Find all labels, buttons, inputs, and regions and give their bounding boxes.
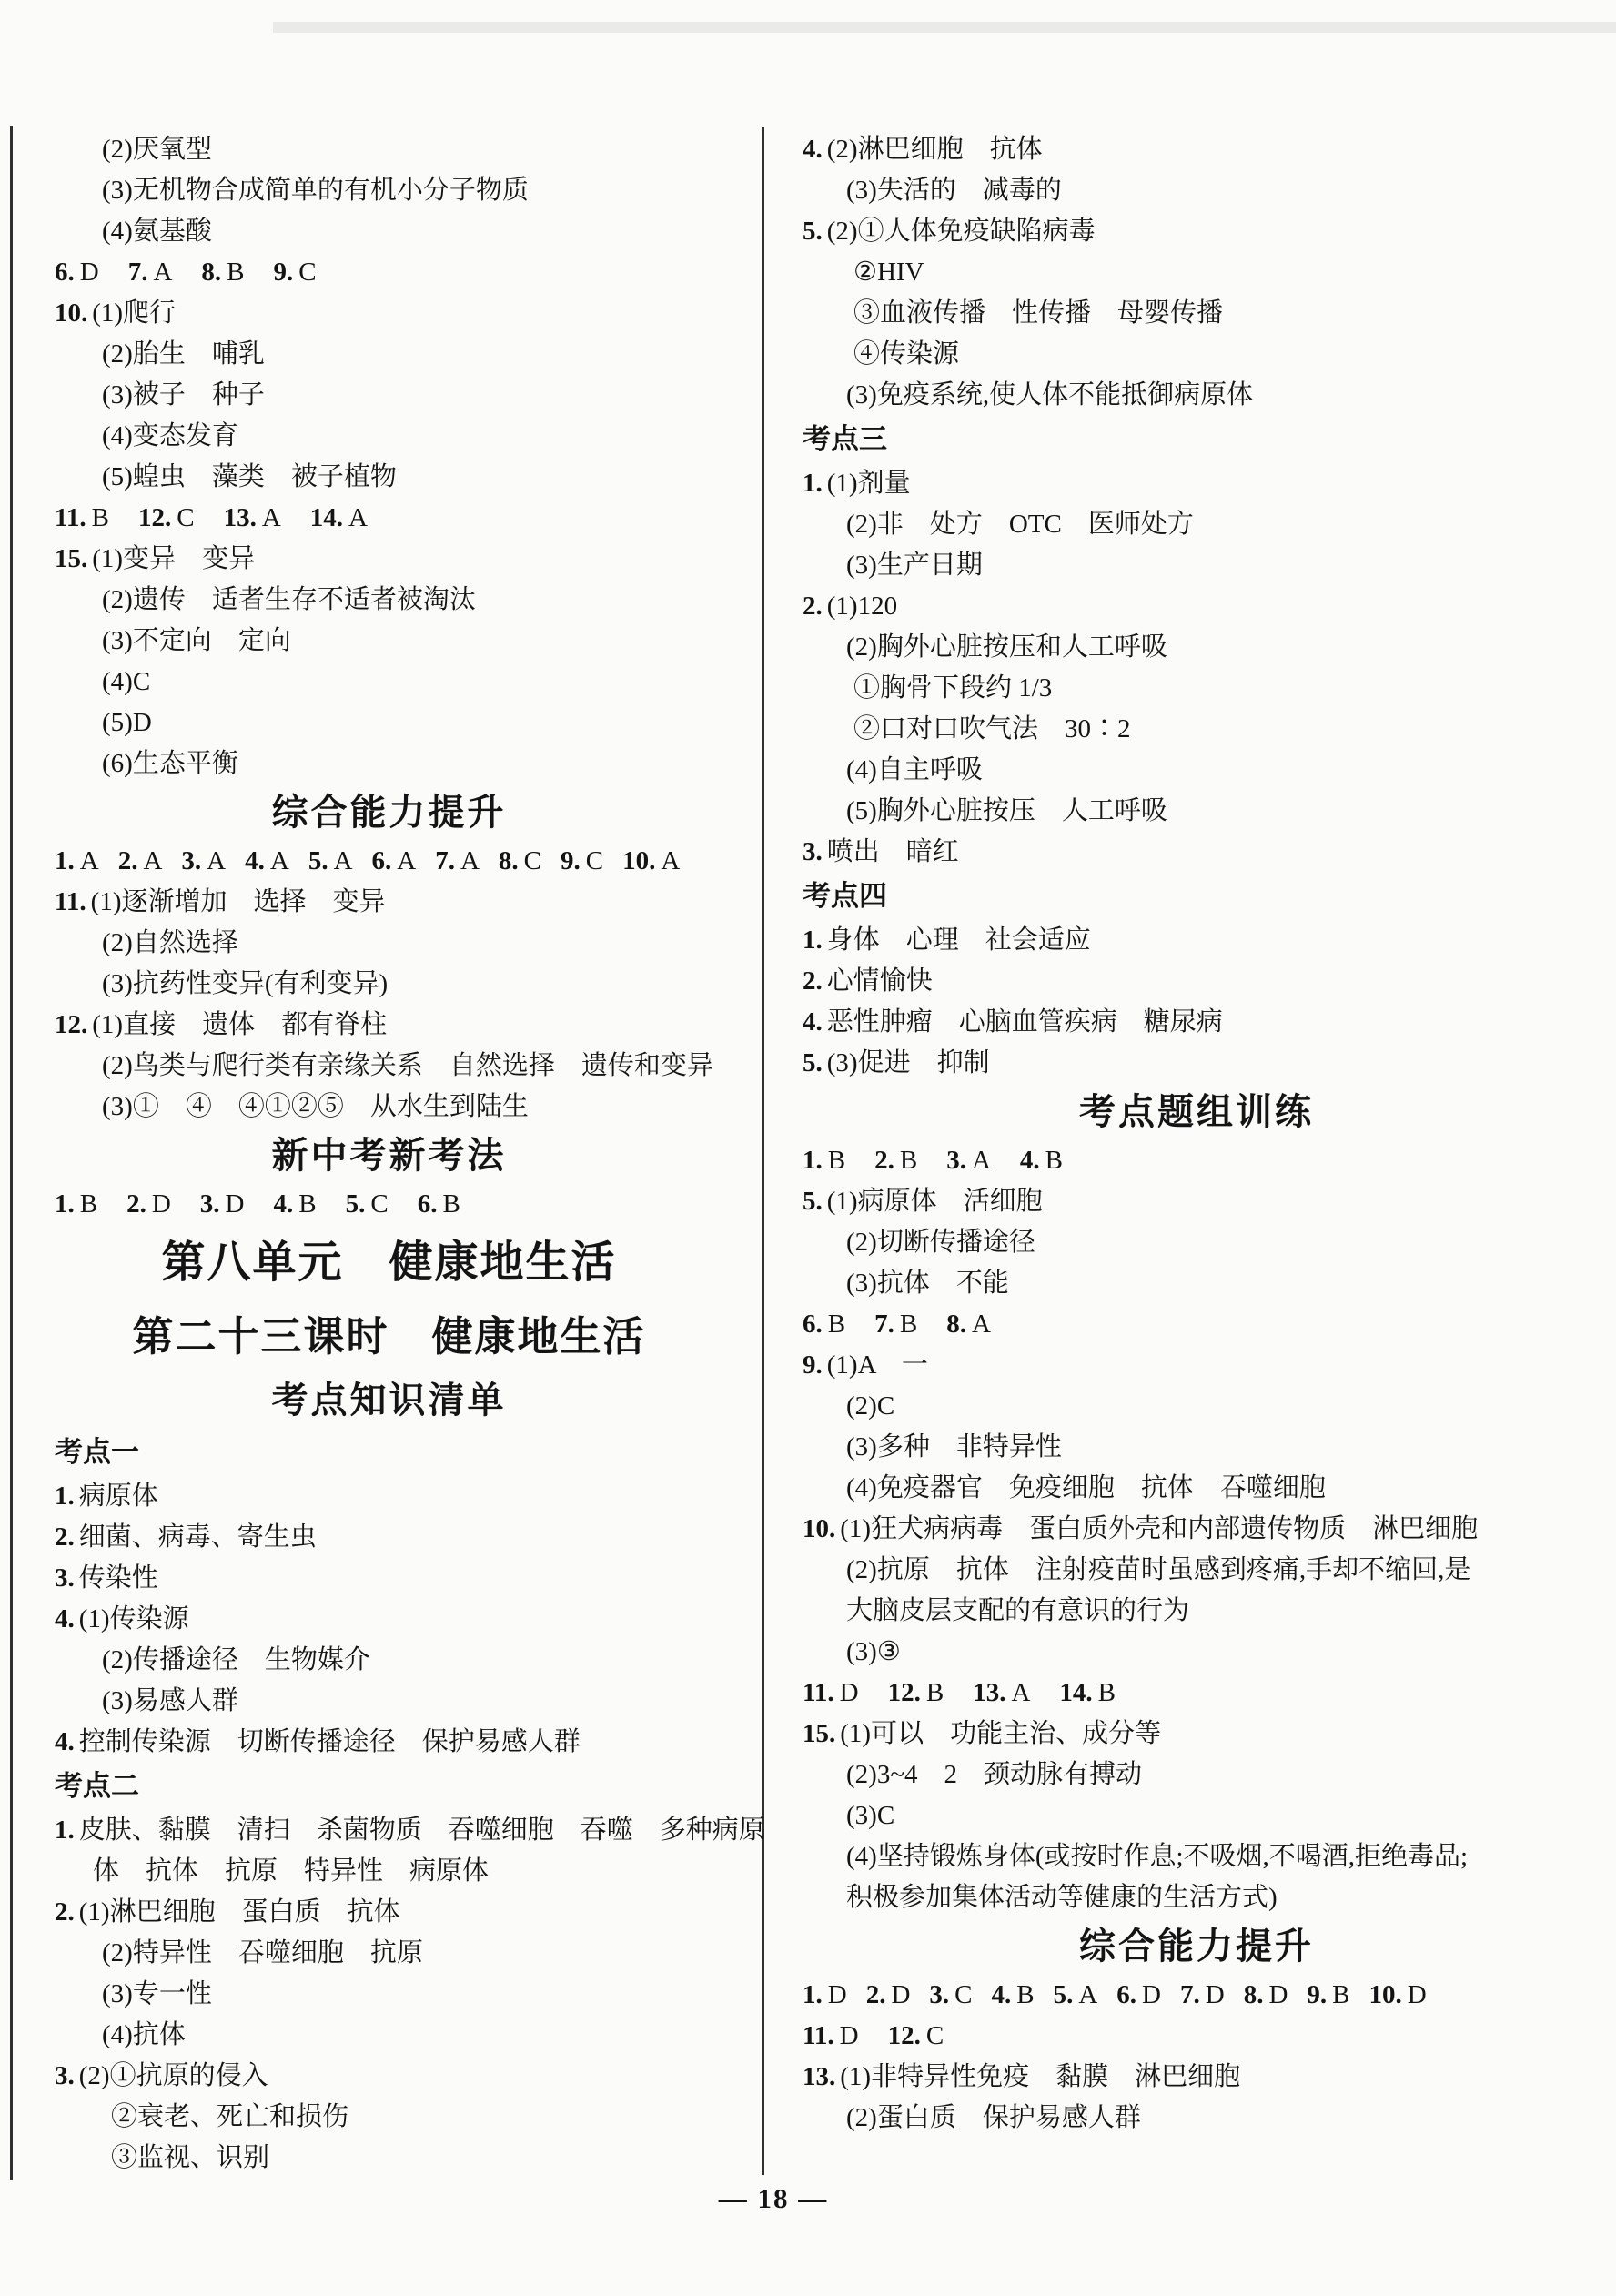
question-number: 9. — [274, 258, 294, 287]
item-text: (1)爬行 — [92, 298, 176, 328]
question-number: 2. — [874, 1146, 894, 1175]
item-number: 1. — [55, 1816, 75, 1845]
answer-line: 9.(1)A 一 — [793, 1345, 1600, 1386]
section-heading: 考点知识清单 — [27, 1372, 751, 1429]
answer-letter: D — [840, 2021, 859, 2050]
answer-line: 4.(2)淋巴细胞 抗体 — [793, 129, 1600, 170]
answer-pair: 6.B — [803, 1304, 845, 1345]
answer-letter: B — [80, 1189, 97, 1219]
item-number: 2. — [803, 592, 823, 621]
answer-letter: B — [227, 258, 244, 287]
answer-subline: (3)易感人群 — [27, 1681, 751, 1722]
answer-letter: A — [262, 503, 281, 532]
item-number: 3. — [55, 2061, 75, 2090]
question-number: 12. — [888, 2021, 921, 2050]
answer-letter: B — [1016, 1980, 1034, 2009]
answer-pair: 3.C — [929, 1975, 972, 2016]
answer-subline: (3)失活的 减毒的 — [793, 170, 1600, 211]
answer-subline: (4)自主呼吸 — [793, 750, 1600, 791]
item-text: 细菌、病毒、寄生虫 — [79, 1522, 317, 1552]
answer-subline: (4)变态发育 — [27, 416, 751, 457]
scan-artifact-band — [273, 22, 1616, 33]
question-number: 7. — [874, 1310, 894, 1339]
item-text: (3)促进 抑制 — [827, 1048, 990, 1077]
question-number: 3. — [946, 1146, 966, 1175]
answer-continuation-line: 大脑皮层支配的有意识的行为 — [793, 1591, 1600, 1632]
answer-subline: (2)胸外心脏按压和人工呼吸 — [793, 627, 1600, 668]
answer-subline: (3)③ — [793, 1632, 1600, 1673]
right-column: 4.(2)淋巴细胞 抗体(3)失活的 减毒的5.(2)①人体免疫缺陷病毒②HIV… — [793, 129, 1600, 2139]
answer-line: 1.(1)剂量 — [793, 463, 1600, 504]
answer-letter: C — [524, 846, 541, 875]
answer-letter: A — [80, 846, 99, 875]
answer-letter: B — [1045, 1146, 1063, 1175]
answer-subline: (4)氨基酸 — [27, 211, 751, 252]
answer-subline-circled: ②衰老、死亡和损伤 — [27, 2097, 751, 2138]
answer-subline: (6)生态平衡 — [27, 743, 751, 784]
answer-choice-row: 1.D2.D3.C4.B5.A6.D7.D8.D9.B10.D — [793, 1975, 1600, 2016]
lesson-heading: 第二十三课时 健康地生活 — [27, 1301, 751, 1372]
question-number: 7. — [1180, 1980, 1200, 2009]
question-number: 4. — [1020, 1146, 1040, 1175]
answer-letter: D — [1408, 1980, 1427, 2009]
answer-letter: A — [661, 846, 680, 875]
item-number: 4. — [803, 135, 823, 164]
answer-letter: B — [828, 1146, 845, 1175]
answer-pair: 1.A — [55, 841, 99, 882]
question-number: 1. — [55, 846, 75, 875]
answer-pair: 8.D — [1244, 1975, 1288, 2016]
question-number: 7. — [128, 258, 148, 287]
answer-pair: 5.A — [1054, 1975, 1098, 2016]
answer-continuation-line: 积极参加集体活动等健康的生活方式) — [793, 1877, 1600, 1918]
answer-pair: 9.B — [1307, 1975, 1349, 2016]
answer-pair: 8.A — [946, 1304, 991, 1345]
question-number: 5. — [308, 846, 328, 875]
question-number: 6. — [1116, 1980, 1136, 2009]
answer-letter: A — [972, 1310, 991, 1339]
answer-subline: (4)坚持锻炼身体(或按时作息;不吸烟,不喝酒,拒绝毒品; — [793, 1836, 1600, 1877]
answer-pair: 2.A — [118, 841, 163, 882]
item-text: (1)剂量 — [827, 469, 911, 498]
answer-subline: (3)免疫系统,使人体不能抵御病原体 — [793, 375, 1600, 416]
answer-letter: B — [1332, 1980, 1349, 2009]
question-number: 13. — [224, 503, 257, 532]
question-number: 14. — [1059, 1678, 1092, 1707]
answer-pair: 4.B — [1020, 1140, 1063, 1181]
answer-subline: (2)鸟类与爬行类有亲缘关系 自然选择 遗传和变异 — [27, 1046, 751, 1087]
item-number: 11. — [55, 887, 86, 916]
item-number: 2. — [55, 1897, 75, 1927]
answer-letter: B — [926, 1678, 944, 1707]
section-heading: 新中考新考法 — [27, 1128, 751, 1184]
section-heading: 考点题组训练 — [793, 1084, 1600, 1140]
answer-subline: (3)专一性 — [27, 1974, 751, 2015]
answer-letter: A — [972, 1146, 991, 1175]
item-number: 4. — [55, 1727, 75, 1756]
answer-line: 1.皮肤、黏膜 清扫 杀菌物质 吞噬细胞 吞噬 多种病原 — [27, 1810, 751, 1851]
answer-subline-circled: ④传染源 — [793, 334, 1600, 375]
answer-line: 2.细菌、病毒、寄生虫 — [27, 1517, 751, 1558]
answer-pair: 8.C — [499, 841, 541, 882]
question-number: 1. — [55, 1189, 75, 1219]
answer-line: 15.(1)变异 变异 — [27, 539, 751, 580]
kaodian-subhead: 考点三 — [793, 416, 1600, 463]
answer-choice-row: 1.B2.D3.D4.B5.C6.B — [27, 1184, 751, 1225]
answer-pair: 6.D — [55, 252, 99, 293]
item-number: 15. — [55, 544, 87, 573]
item-text: 传染性 — [79, 1563, 158, 1593]
kaodian-subhead: 考点二 — [27, 1763, 751, 1810]
answer-letter: A — [270, 846, 289, 875]
answer-letter: D — [1268, 1980, 1288, 2009]
answer-subline: (2)非 处方 OTC 医师处方 — [793, 504, 1600, 545]
answer-line: 15.(1)可以 功能主治、成分等 — [793, 1714, 1600, 1755]
answer-letter: C — [954, 1980, 972, 2009]
item-number: 2. — [55, 1522, 75, 1552]
section-heading: 综合能力提升 — [27, 784, 751, 841]
answer-letter: B — [1098, 1678, 1116, 1707]
answer-line: 4.恶性肿瘤 心脑血管疾病 糖尿病 — [793, 1002, 1600, 1043]
answer-pair: 12.B — [888, 1673, 944, 1714]
answer-line: 10.(1)狂犬病病毒 蛋白质外壳和内部遗传物质 淋巴细胞 — [793, 1509, 1600, 1550]
answer-subline-circled: ①胸骨下段约 1/3 — [793, 668, 1600, 709]
question-number: 9. — [1307, 1980, 1327, 2009]
answer-pair: 6.A — [372, 841, 417, 882]
question-number: 1. — [803, 1980, 823, 2009]
answer-line: 13.(1)非特异性免疫 黏膜 淋巴细胞 — [793, 2057, 1600, 2098]
question-number: 8. — [1244, 1980, 1264, 2009]
question-number: 6. — [55, 258, 75, 287]
answer-pair: 12.C — [138, 498, 195, 539]
answer-letter: C — [298, 258, 316, 287]
answer-subline: (3)无机物合成简单的有机小分子物质 — [27, 170, 751, 211]
item-text: 心情愉快 — [827, 966, 933, 996]
answer-line: 2.心情愉快 — [793, 961, 1600, 1002]
question-number: 4. — [274, 1189, 294, 1219]
answer-letter: A — [207, 846, 226, 875]
item-text: (1)120 — [827, 592, 897, 621]
answer-letter: A — [1078, 1980, 1097, 2009]
item-number: 5. — [803, 1187, 823, 1216]
answer-line: 3.喷出 暗红 — [793, 832, 1600, 873]
item-text: 病原体 — [79, 1482, 158, 1511]
question-number: 12. — [888, 1678, 921, 1707]
item-number: 4. — [55, 1604, 75, 1633]
answer-pair: 6.D — [1116, 1975, 1161, 2016]
answer-subline: (2)遗传 适者生存不适者被淘汰 — [27, 580, 751, 621]
answer-choice-row: 11.D12.C — [793, 2016, 1600, 2057]
item-text: (1)变异 变异 — [92, 544, 255, 573]
item-text: (1)可以 功能主治、成分等 — [840, 1719, 1161, 1748]
question-number: 12. — [138, 503, 171, 532]
answer-pair: 4.B — [992, 1975, 1035, 2016]
answer-letter: A — [460, 846, 480, 875]
answer-line: 10.(1)爬行 — [27, 293, 751, 334]
answer-line: 11.(1)逐渐增加 选择 变异 — [27, 882, 751, 923]
answer-choice-row: 11.D12.B13.A14.B — [793, 1673, 1600, 1714]
answer-letter: A — [1011, 1678, 1030, 1707]
answer-letter: D — [891, 1980, 910, 2009]
answer-pair: 7.A — [435, 841, 480, 882]
question-number: 10. — [1369, 1980, 1402, 2009]
question-number: 4. — [992, 1980, 1012, 2009]
item-text: 皮肤、黏膜 清扫 杀菌物质 吞噬细胞 吞噬 多种病原 — [79, 1816, 765, 1845]
item-text: (1)逐渐增加 选择 变异 — [91, 887, 386, 916]
answer-letter: D — [840, 1678, 859, 1707]
answer-subline: (5)胸外心脏按压 人工呼吸 — [793, 791, 1600, 832]
unit-heading: 第八单元 健康地生活 — [27, 1225, 751, 1301]
answer-letter: A — [334, 846, 353, 875]
answer-subline: (3)C — [793, 1795, 1600, 1836]
answer-pair: 3.A — [946, 1140, 991, 1181]
answer-pair: 4.A — [245, 841, 289, 882]
answer-subline: (2)特异性 吞噬细胞 抗原 — [27, 1933, 751, 1974]
question-number: 5. — [346, 1189, 366, 1219]
answer-pair: 7.A — [128, 252, 173, 293]
question-number: 7. — [435, 846, 455, 875]
answer-subline: (3)不定向 定向 — [27, 621, 751, 662]
answer-letter: A — [348, 503, 368, 532]
answer-subline: (5)D — [27, 703, 751, 743]
answer-letter: A — [153, 258, 172, 287]
answer-letter: B — [92, 503, 109, 532]
answer-line: 5.(1)病原体 活细胞 — [793, 1181, 1600, 1222]
answer-line: 4.控制传染源 切断传播途径 保护易感人群 — [27, 1722, 751, 1763]
item-number: 3. — [55, 1563, 75, 1593]
answer-subline: (2)厌氧型 — [27, 129, 751, 170]
question-number: 2. — [126, 1189, 146, 1219]
question-number: 3. — [181, 846, 201, 875]
answer-pair: 12.C — [888, 2016, 944, 2057]
item-number: 1. — [803, 469, 823, 498]
answer-subline: (3)抗体 不能 — [793, 1263, 1600, 1304]
question-number: 5. — [1054, 1980, 1074, 2009]
answer-pair: 14.A — [310, 498, 368, 539]
item-number: 12. — [55, 1010, 87, 1039]
answer-line: 1.病原体 — [27, 1476, 751, 1517]
answer-subline: (3)抗药性变异(有利变异) — [27, 964, 751, 1005]
answer-continuation-line: 体 抗体 抗原 特异性 病原体 — [27, 1851, 751, 1892]
answer-line: 12.(1)直接 遗体 都有脊柱 — [27, 1005, 751, 1046]
question-number: 11. — [803, 1678, 834, 1707]
answer-subline-circled: ③血液传播 性传播 母婴传播 — [793, 293, 1600, 334]
answer-subline: (2)3~4 2 颈动脉有搏动 — [793, 1755, 1600, 1795]
answer-choice-row: 11.B12.C13.A14.A — [27, 498, 751, 539]
item-number: 5. — [803, 1048, 823, 1077]
answer-subline: (3)多种 非特异性 — [793, 1427, 1600, 1468]
answer-letter: C — [370, 1189, 388, 1219]
kaodian-subhead: 考点一 — [27, 1429, 751, 1476]
answer-line: 2.(1)120 — [793, 586, 1600, 627]
item-number: 3. — [803, 837, 823, 866]
question-number: 8. — [201, 258, 221, 287]
item-number: 9. — [803, 1350, 823, 1380]
item-text: 控制传染源 切断传播途径 保护易感人群 — [79, 1727, 581, 1756]
answer-letter: B — [298, 1189, 316, 1219]
answer-choice-row: 1.A2.A3.A4.A5.A6.A7.A8.C9.C10.A — [27, 841, 751, 882]
answer-subline: (5)蝗虫 藻类 被子植物 — [27, 457, 751, 498]
column-divider-line — [762, 127, 764, 2175]
answer-letter: B — [828, 1310, 845, 1339]
answer-pair: 3.D — [200, 1184, 245, 1225]
question-number: 14. — [310, 503, 343, 532]
question-number: 2. — [866, 1980, 886, 2009]
answer-letter: D — [152, 1189, 171, 1219]
question-number: 6. — [372, 846, 392, 875]
answer-line: 3.(2)①抗原的侵入 — [27, 2056, 751, 2097]
question-number: 8. — [499, 846, 519, 875]
item-number: 1. — [803, 925, 823, 955]
item-number: 5. — [803, 217, 823, 246]
item-number: 13. — [803, 2062, 835, 2091]
answer-pair: 13.A — [224, 498, 281, 539]
answer-letter: C — [926, 2021, 944, 2050]
question-number: 6. — [418, 1189, 438, 1219]
answer-letter: B — [442, 1189, 460, 1219]
answer-letter: D — [1142, 1980, 1161, 2009]
answer-line: 4.(1)传染源 — [27, 1599, 751, 1640]
answer-pair: 7.B — [874, 1304, 917, 1345]
question-number: 13. — [973, 1678, 1005, 1707]
answer-pair: 9.C — [274, 252, 317, 293]
answer-pair: 13.A — [973, 1673, 1030, 1714]
answer-subline-circled: ②HIV — [793, 252, 1600, 293]
answer-line: 3.传染性 — [27, 1558, 751, 1599]
answer-line: 1.身体 心理 社会适应 — [793, 920, 1600, 961]
question-number: 2. — [118, 846, 138, 875]
answer-subline: (2)自然选择 — [27, 923, 751, 964]
item-number: 10. — [803, 1514, 835, 1543]
item-text: (2)淋巴细胞 抗体 — [827, 135, 1043, 164]
answer-pair: 5.A — [308, 841, 353, 882]
answer-pair: 14.B — [1059, 1673, 1116, 1714]
item-text: (2)①人体免疫缺陷病毒 — [827, 217, 1096, 246]
answer-subline: (2)C — [793, 1386, 1600, 1427]
item-text: 身体 心理 社会适应 — [827, 925, 1091, 955]
answer-pair: 2.D — [866, 1975, 911, 2016]
item-text: (1)病原体 活细胞 — [827, 1187, 1043, 1216]
answer-line: 5.(3)促进 抑制 — [793, 1043, 1600, 1084]
left-column: (2)厌氧型(3)无机物合成简单的有机小分子物质(4)氨基酸6.D7.A8.B9… — [27, 129, 751, 2179]
answer-letter: A — [397, 846, 416, 875]
section-heading: 综合能力提升 — [793, 1918, 1600, 1975]
answer-letter: D — [1206, 1980, 1225, 2009]
answer-pair: 7.D — [1180, 1975, 1225, 2016]
answer-pair: 11.B — [55, 498, 109, 539]
item-text: (1)淋巴细胞 蛋白质 抗体 — [79, 1897, 400, 1927]
answer-subline: (4)免疫器官 免疫细胞 抗体 吞噬细胞 — [793, 1468, 1600, 1509]
answer-subline: (2)切断传播途径 — [793, 1222, 1600, 1263]
answer-pair: 1.B — [55, 1184, 97, 1225]
answer-letter: B — [900, 1310, 917, 1339]
answer-choice-row: 6.B7.B8.A — [793, 1304, 1600, 1345]
item-text: (1)非特异性免疫 黏膜 淋巴细胞 — [840, 2062, 1240, 2091]
item-text: 恶性肿瘤 心脑血管疾病 糖尿病 — [827, 1007, 1223, 1037]
answer-pair: 10.A — [622, 841, 680, 882]
answer-subline: (2)胎生 哺乳 — [27, 334, 751, 375]
answer-pair: 11.D — [803, 2016, 859, 2057]
question-number: 11. — [55, 503, 86, 532]
question-number: 11. — [803, 2021, 834, 2050]
page-edge-line — [10, 126, 13, 2180]
answer-choice-row: 6.D7.A8.B9.C — [27, 252, 751, 293]
item-text: 喷出 暗红 — [827, 837, 959, 866]
answer-pair: 11.D — [803, 1673, 859, 1714]
answer-pair: 9.C — [561, 841, 603, 882]
answer-subline: (4)C — [27, 662, 751, 703]
question-number: 6. — [803, 1310, 823, 1339]
answer-letter: B — [900, 1146, 917, 1175]
answer-pair: 1.D — [803, 1975, 847, 2016]
answer-line: 5.(2)①人体免疫缺陷病毒 — [793, 211, 1600, 252]
answer-subline-circled: ②口对口吹气法 30∶2 — [793, 709, 1600, 750]
answer-pair: 3.A — [181, 841, 226, 882]
answer-subline: (2)蛋白质 保护易感人群 — [793, 2098, 1600, 2139]
item-number: 10. — [55, 298, 87, 328]
item-text: (1)直接 遗体 都有脊柱 — [92, 1010, 387, 1039]
answer-letter: C — [586, 846, 603, 875]
answer-pair: 2.B — [874, 1140, 917, 1181]
answer-letter: D — [226, 1189, 245, 1219]
item-text: (1)A 一 — [827, 1350, 928, 1380]
page-number: — 18 — — [0, 2182, 1547, 2215]
question-number: 1. — [803, 1146, 823, 1175]
answer-letter: D — [828, 1980, 847, 2009]
question-number: 3. — [200, 1189, 220, 1219]
answer-pair: 4.B — [274, 1184, 317, 1225]
item-number: 1. — [55, 1482, 75, 1511]
question-number: 3. — [929, 1980, 949, 2009]
item-number: 2. — [803, 966, 823, 996]
item-number: 4. — [803, 1007, 823, 1037]
answer-pair: 5.C — [346, 1184, 389, 1225]
item-text: (1)狂犬病病毒 蛋白质外壳和内部遗传物质 淋巴细胞 — [840, 1514, 1478, 1543]
answer-pair: 1.B — [803, 1140, 845, 1181]
answer-choice-row: 1.B2.B3.A4.B — [793, 1140, 1600, 1181]
answer-subline-circled: ③监视、识别 — [27, 2138, 751, 2179]
item-text: (2)①抗原的侵入 — [79, 2061, 268, 2090]
answer-subline: (3)生产日期 — [793, 545, 1600, 586]
answer-subline: (3)① ④ ④①②⑤ 从水生到陆生 — [27, 1087, 751, 1128]
question-number: 4. — [245, 846, 265, 875]
answer-subline: (2)抗原 抗体 注射疫苗时虽感到疼痛,手却不缩回,是 — [793, 1550, 1600, 1591]
answer-pair: 10.D — [1369, 1975, 1427, 2016]
question-number: 10. — [622, 846, 655, 875]
answer-letter: A — [143, 846, 162, 875]
item-number: 15. — [803, 1719, 835, 1748]
item-text: (1)传染源 — [79, 1604, 189, 1633]
question-number: 8. — [946, 1310, 966, 1339]
answer-pair: 6.B — [418, 1184, 460, 1225]
kaodian-subhead: 考点四 — [793, 873, 1600, 920]
answer-letter: C — [177, 503, 194, 532]
answer-pair: 8.B — [201, 252, 244, 293]
answer-pair: 2.D — [126, 1184, 171, 1225]
answer-line: 2.(1)淋巴细胞 蛋白质 抗体 — [27, 1892, 751, 1933]
answer-letter: D — [80, 258, 99, 287]
question-number: 9. — [561, 846, 581, 875]
answer-subline: (2)传播途径 生物媒介 — [27, 1640, 751, 1681]
answer-subline: (4)抗体 — [27, 2015, 751, 2056]
answer-subline: (3)被子 种子 — [27, 375, 751, 416]
